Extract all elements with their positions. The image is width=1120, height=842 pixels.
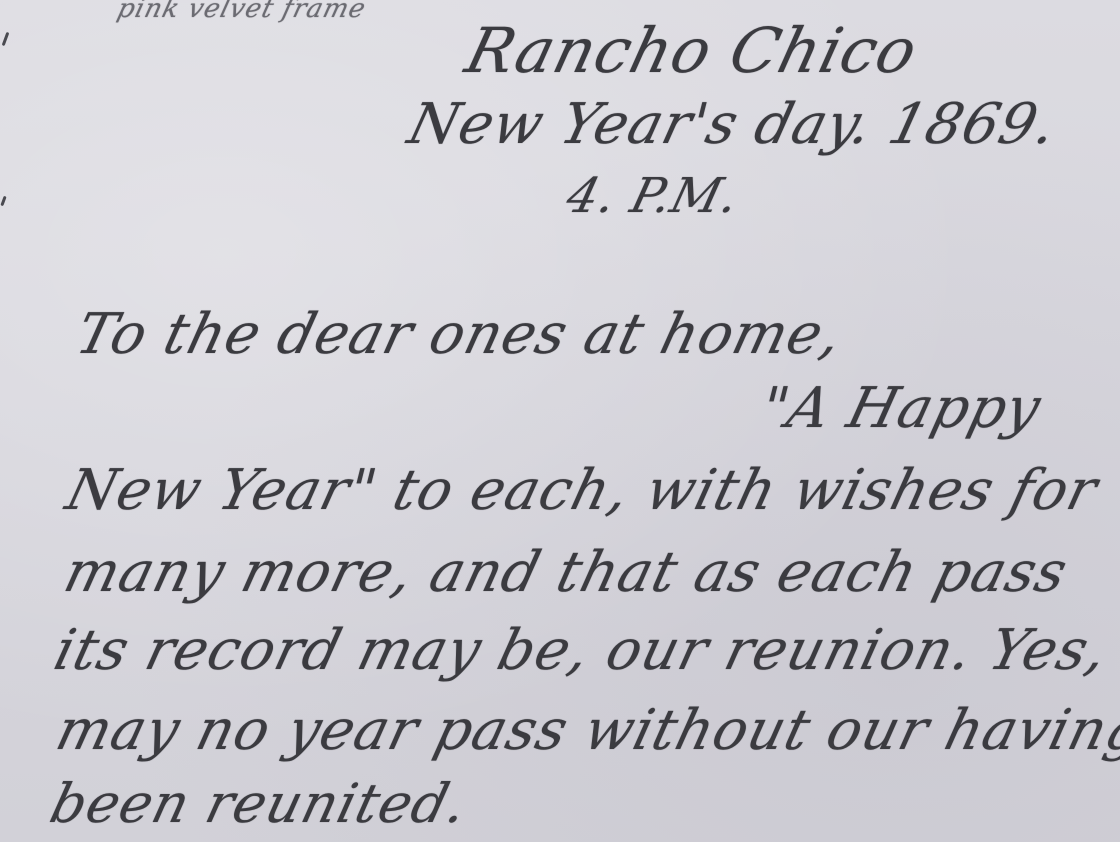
edge-ink-mark <box>2 32 10 46</box>
edge-ink-mark <box>0 196 6 206</box>
salutation: To the dear ones at home, <box>70 302 849 367</box>
body-line: "A Happy <box>754 376 1048 441</box>
body-line: been reunited. <box>44 772 474 835</box>
body-line: New Year" to each, with wishes for <box>60 458 1104 523</box>
top-margin-note: pink velvet frame <box>114 0 369 24</box>
letter-date: New Year's day. 1869. <box>402 92 1064 157</box>
body-line: may no year pass without our having <box>50 698 1120 763</box>
letter-time: 4. P.M. <box>561 168 745 224</box>
letter-page: ​ pink velvet frame Rancho Chico New Yea… <box>0 0 1120 842</box>
body-line: many more, and that as each pass <box>58 540 1074 605</box>
bleed-through-text: ​ <box>106 140 113 175</box>
body-line: its record may be, our reunion. Yes, <box>48 618 1115 683</box>
letter-place: Rancho Chico <box>459 14 925 87</box>
